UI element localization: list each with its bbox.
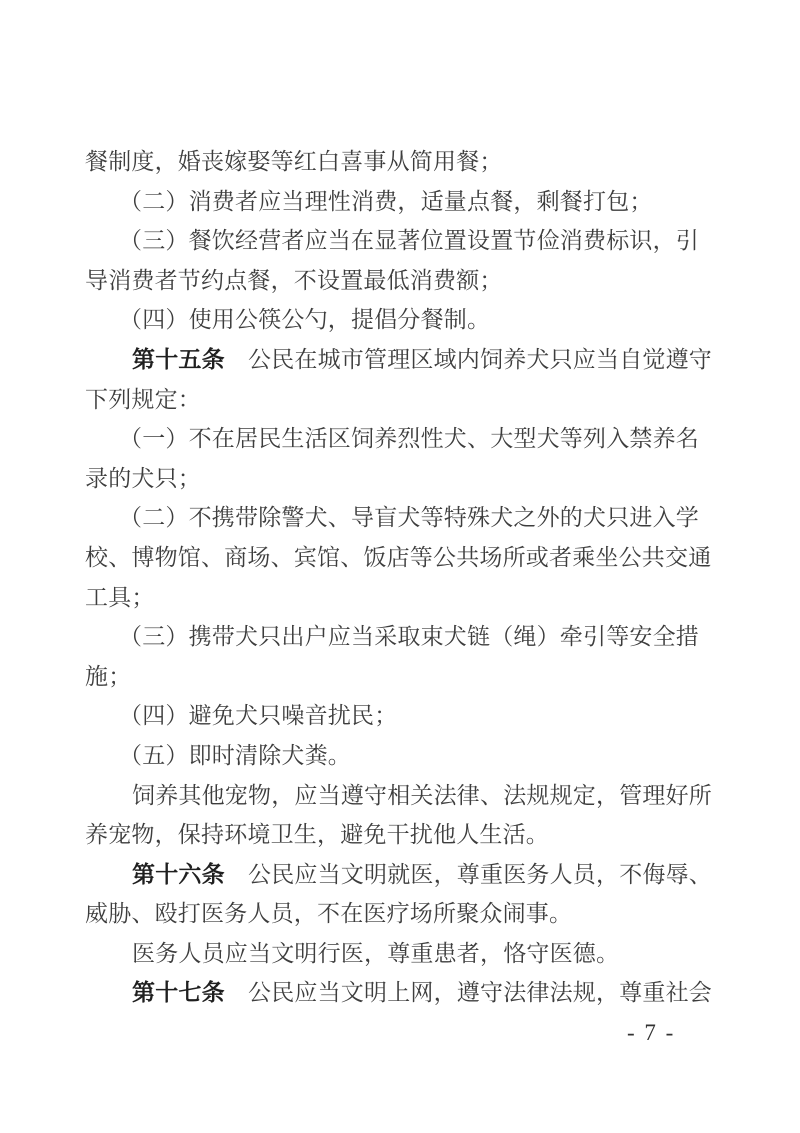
text-run: （三）携带犬只出户应当采取束犬链（绳）牵引等安全措 <box>119 624 699 649</box>
text-line: （三）餐饮经营者应当在显著位置设置节俭消费标识，引 <box>85 221 725 261</box>
text-run: 录的犬只； <box>85 466 201 491</box>
text-line: 医务人员应当文明行医，尊重患者，恪守医德。 <box>85 934 725 974</box>
document-page: 餐制度，婚丧嫁娶等红白喜事从简用餐；（二）消费者应当理性消费，适量点餐，剩餐打包… <box>0 0 800 1133</box>
text-run: 威胁、殴打医务人员，不在医疗场所聚众闹事。 <box>85 901 572 926</box>
text-line: （二）消费者应当理性消费，适量点餐，剩餐打包； <box>85 182 725 222</box>
text-line: 校、博物馆、商场、宾馆、饭店等公共场所或者乘坐公共交通 <box>85 538 725 578</box>
text-run: 养宠物，保持环境卫生，避免干扰他人生活。 <box>85 822 549 847</box>
text-line: （三）携带犬只出户应当采取束犬链（绳）牵引等安全措 <box>85 617 725 657</box>
article-number: 第十七条 <box>132 979 225 1005</box>
text-run: 医务人员应当文明行医，尊重患者，恪守医德。 <box>132 941 619 966</box>
text-run: 公民在城市管理区域内饲养犬只应当自觉遵守 <box>225 347 712 372</box>
text-run: 公民应当文明就医，尊重医务人员，不侮辱、 <box>225 862 712 887</box>
text-line: （四）避免犬只噪音扰民； <box>85 696 725 736</box>
text-line: 威胁、殴打医务人员，不在医疗场所聚众闹事。 <box>85 894 725 934</box>
text-run: （三）餐饮经营者应当在显著位置设置节俭消费标识，引 <box>119 228 699 253</box>
text-run: （一）不在居民生活区饲养烈性犬、大型犬等列入禁养名 <box>119 426 699 451</box>
text-line: 导消费者节约点餐，不设置最低消费额； <box>85 261 725 301</box>
text-line: （二）不携带除警犬、导盲犬等特殊犬之外的犬只进入学 <box>85 498 725 538</box>
page-number: - 7 - <box>627 1020 675 1046</box>
text-line: （一）不在居民生活区饲养烈性犬、大型犬等列入禁养名 <box>85 419 725 459</box>
text-run: （四）避免犬只噪音扰民； <box>119 703 397 728</box>
text-run: 导消费者节约点餐，不设置最低消费额； <box>85 268 503 293</box>
text-run: （二）不携带除警犬、导盲犬等特殊犬之外的犬只进入学 <box>119 505 699 530</box>
document-lines: 餐制度，婚丧嫁娶等红白喜事从简用餐；（二）消费者应当理性消费，适量点餐，剩餐打包… <box>85 142 725 1013</box>
article-number: 第十六条 <box>132 861 225 887</box>
text-line: 第十六条 公民应当文明就医，尊重医务人员，不侮辱、 <box>85 855 725 895</box>
text-run: 下列规定： <box>85 387 201 412</box>
text-line: 餐制度，婚丧嫁娶等红白喜事从简用餐； <box>85 142 725 182</box>
text-line: （五）即时清除犬粪。 <box>85 736 725 776</box>
article-number: 第十五条 <box>132 346 225 372</box>
text-line: 饲养其他宠物，应当遵守相关法律、法规规定，管理好所 <box>85 776 725 816</box>
text-line: 施； <box>85 657 725 697</box>
text-line: 工具； <box>85 578 725 618</box>
text-run: （二）消费者应当理性消费，适量点餐，剩餐打包； <box>119 189 653 214</box>
text-line: （四）使用公筷公勺，提倡分餐制。 <box>85 300 725 340</box>
text-line: 下列规定： <box>85 380 725 420</box>
text-line: 养宠物，保持环境卫生，避免干扰他人生活。 <box>85 815 725 855</box>
text-run: 餐制度，婚丧嫁娶等红白喜事从简用餐； <box>85 149 503 174</box>
text-line: 第十五条 公民在城市管理区域内饲养犬只应当自觉遵守 <box>85 340 725 380</box>
text-run: 公民应当文明上网，遵守法律法规，尊重社会 <box>225 980 712 1005</box>
text-run: 校、博物馆、商场、宾馆、饭店等公共场所或者乘坐公共交通 <box>85 545 711 570</box>
text-run: （五）即时清除犬粪。 <box>119 743 351 768</box>
text-run: （四）使用公筷公勺，提倡分餐制。 <box>119 307 490 332</box>
text-run: 工具； <box>85 585 155 610</box>
text-run: 施； <box>85 664 131 689</box>
text-line: 第十七条 公民应当文明上网，遵守法律法规，尊重社会 <box>85 973 725 1013</box>
text-line: 录的犬只； <box>85 459 725 499</box>
text-run: 饲养其他宠物，应当遵守相关法律、法规规定，管理好所 <box>132 783 712 808</box>
